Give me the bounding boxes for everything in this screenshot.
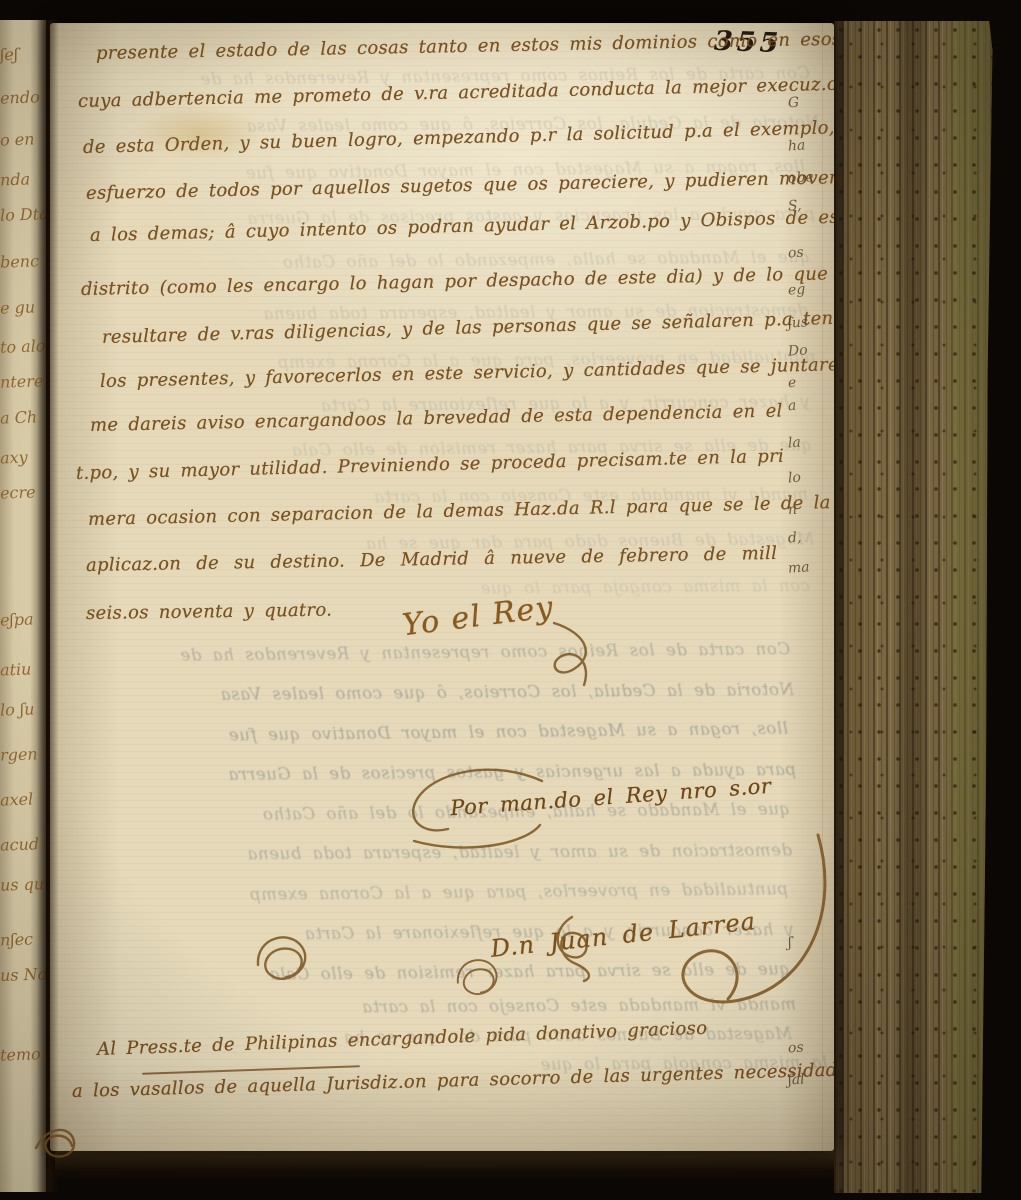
left-page-text-fragment: atiu	[0, 659, 32, 679]
royal-signature-rubric-flourish	[538, 615, 608, 691]
left-page-text-fragment: ʃeʃ	[0, 45, 18, 65]
rubric-knot-middle	[448, 945, 512, 1009]
left-page-text-fragment: us Non	[0, 964, 46, 985]
left-page-text-fragment: ecre	[0, 482, 36, 502]
rubric-knot-left	[246, 919, 324, 997]
left-page-text-fragment: ntere	[0, 371, 44, 392]
catchword-fragment: Do	[787, 342, 808, 359]
countersignature-swash-flourish	[402, 765, 552, 855]
catchword-fragment: ʃus	[787, 314, 808, 331]
manuscript-line: presente el estado de las cosas tanto en…	[96, 28, 834, 64]
left-page-text-fragment: nda	[0, 169, 30, 189]
rubric-knot-under-signature	[544, 911, 600, 983]
catchword-fragment: obe	[787, 169, 814, 187]
left-page-text-fragment: lo ʃu	[0, 699, 35, 719]
left-page-text-fragment: nʃec	[0, 929, 33, 949]
bleedthrough-line: Con carta de los Reinos como representan…	[90, 639, 790, 665]
catchword-fragment: ʃal	[787, 1071, 805, 1088]
left-page-text-fragment: to alo	[0, 336, 46, 357]
left-page-text-fragment: temo	[0, 1044, 41, 1064]
book-fore-edge	[834, 21, 994, 1193]
left-page-text-fragment: rgen	[0, 744, 38, 764]
bleedthrough-line: llos, rogan a su Magestad con el mayor D…	[88, 719, 788, 747]
bottom-left-flourish	[28, 1108, 84, 1164]
manuscript-line: seis.os noventa y quatro.	[86, 600, 333, 624]
left-page-text-fragment: endo	[0, 87, 40, 107]
catchword-fragment: ʃ	[787, 935, 792, 951]
manuscript-page: Con carta de los Reinos como representan…	[50, 23, 834, 1151]
catchword-fragment: os	[787, 244, 804, 261]
catchword-fragment: G	[787, 95, 799, 112]
bleedthrough-line: con la misma congoja para lo que	[110, 576, 810, 601]
catchword-fragment: ha	[787, 137, 805, 154]
book-bottom-edge	[55, 1146, 845, 1180]
catchword-fragment: la	[787, 435, 801, 452]
left-page-text-fragment: lo Dta	[0, 204, 46, 225]
left-page-text-fragment: o en	[0, 129, 35, 149]
catchword-fragment: d,	[787, 530, 802, 547]
catchword-fragment: a	[787, 398, 796, 415]
catchword-fragment: eg	[787, 281, 805, 298]
left-page-text-fragment: axy	[0, 448, 28, 468]
catchword-fragment: e	[787, 375, 796, 392]
left-page-text-fragment: e gu	[0, 297, 35, 317]
right-edge-fragments: GhaobeS,osegʃusDoealalond,maʃosʃal	[788, 23, 834, 1151]
catchword-fragment: lo	[787, 470, 801, 487]
bleedthrough-line: Notoria de la Cedula, los Correios, ô qu…	[94, 680, 794, 705]
left-page-text-fragment: eʃpa	[0, 609, 34, 629]
manuscript-photo: ʃeʃendoo enndalo Dtabence guto alonterea…	[0, 0, 1021, 1200]
left-page-text-fragment: us qu	[0, 874, 44, 895]
left-page-text-fragment: acud	[0, 834, 39, 854]
catchword-fragment: os	[787, 1039, 804, 1056]
left-page-edge: ʃeʃendoo enndalo Dtabence guto alonterea…	[0, 20, 46, 1192]
catchword-fragment: ma	[787, 559, 810, 576]
catchword-fragment: S,	[787, 198, 802, 215]
left-page-text-fragment: axel	[0, 789, 33, 809]
left-page-text-fragment: a Ch	[0, 407, 37, 427]
left-page-text-fragment: benc	[0, 251, 39, 271]
catchword-fragment: n	[787, 502, 797, 519]
